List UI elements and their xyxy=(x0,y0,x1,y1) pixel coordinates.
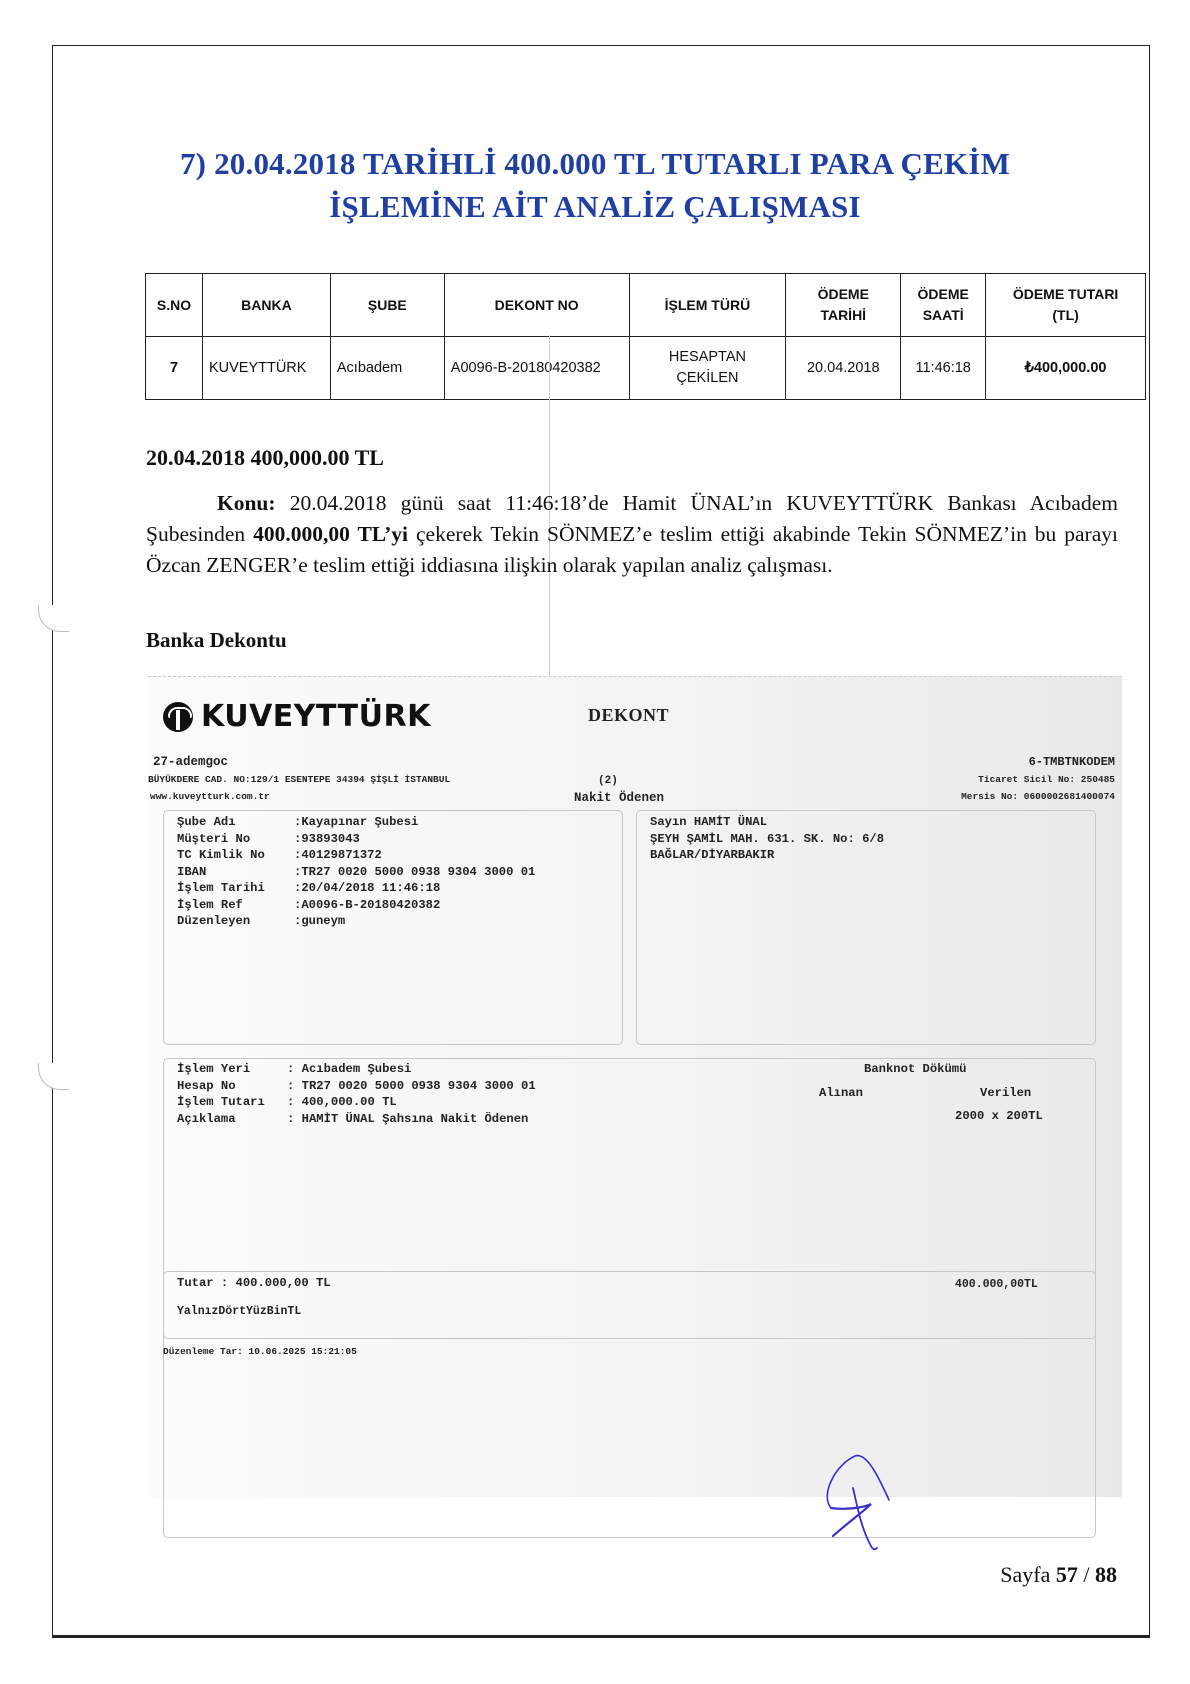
field-label: İşlem Tutarı xyxy=(177,1094,287,1111)
summary-table: S.NO BANKA ŞUBE DEKONT NO İŞLEM TÜRÜ ÖDE… xyxy=(145,273,1146,400)
field-value: : 400,000.00 TL xyxy=(287,1095,397,1109)
header-odeme-tarihi: ÖDEMETARİHİ xyxy=(786,274,901,337)
receipt-field: Hesap No: TR27 0020 5000 0938 9304 3000 … xyxy=(177,1078,536,1095)
receipt-doc-type: DEKONT xyxy=(588,705,669,726)
receipt-field: IBAN:TR27 0020 5000 0938 9304 3000 01 xyxy=(177,864,535,881)
page-total: 88 xyxy=(1095,1562,1117,1587)
header-sube: ŞUBE xyxy=(330,274,444,337)
field-label: Açıklama xyxy=(177,1111,287,1128)
field-label: İşlem Ref xyxy=(177,897,294,914)
header-line: SAATİ xyxy=(923,307,964,323)
field-value: :93893043 xyxy=(294,832,360,846)
table-row: 7 KUVEYTTÜRK Acıbadem A0096-B-2018042038… xyxy=(146,337,1146,400)
cell-sno: 7 xyxy=(146,337,203,400)
field-value: :20/04/2018 11:46:18 xyxy=(294,881,440,895)
terminal-code: 6-TMBTNKODEM xyxy=(1029,754,1115,771)
receipt-field: İşlem Tarihi:20/04/2018 11:46:18 xyxy=(177,880,535,897)
receipt-field: TC Kimlik No:40129871372 xyxy=(177,847,535,864)
cell-odeme-tarihi: 20.04.2018 xyxy=(786,337,901,400)
amount-in-words: YalnızDörtYüzBinTL xyxy=(177,1304,301,1321)
header-odeme-tutari: ÖDEME TUTARI(TL) xyxy=(986,274,1146,337)
recipient-line: Sayın HAMİT ÜNAL xyxy=(650,814,884,831)
field-value: :TR27 0020 5000 0938 9304 3000 01 xyxy=(294,865,535,879)
field-label: Şube Adı xyxy=(177,814,294,831)
punch-hole-mark xyxy=(38,1063,69,1090)
receipt-field: İşlem Tutarı: 400,000.00 TL xyxy=(177,1094,536,1111)
field-value: :guneym xyxy=(294,914,345,928)
cell-sube: Acıbadem xyxy=(330,337,444,400)
title-line-1: 7) 20.04.2018 TARİHLİ 400.000 TL TUTARLI… xyxy=(140,142,1050,185)
copy-number: (2) xyxy=(598,773,618,790)
page-title: 7) 20.04.2018 TARİHLİ 400.000 TL TUTARLI… xyxy=(140,142,1050,228)
page-current: 57 xyxy=(1056,1562,1078,1587)
receipt-field: Şube Adı:Kayapınar Şubesi xyxy=(177,814,535,831)
cell-banka: KUVEYTTÜRK xyxy=(202,337,330,400)
amount-line: Tutar : 400.000,00 TL xyxy=(177,1275,331,1292)
customer-info-box: Şube Adı:Kayapınar ŞubesiMüşteri No:9389… xyxy=(163,810,623,1045)
signature-icon xyxy=(815,1450,935,1565)
page-number: Sayfa 57 / 88 xyxy=(1000,1562,1117,1588)
cell-line: HESAPTAN xyxy=(669,349,746,365)
header-dekont-no: DEKONT NO xyxy=(444,274,629,337)
banknote-given-line: 2000 x 200TL xyxy=(955,1108,1043,1125)
issue-datetime: Düzenleme Tar: 10.06.2025 15:21:05 xyxy=(163,1343,357,1360)
table-header-row: S.NO BANKA ŞUBE DEKONT NO İŞLEM TÜRÜ ÖDE… xyxy=(146,274,1146,337)
bank-logo: KUVEYTTÜRK xyxy=(163,699,431,734)
trade-registry-no: Ticaret Sicil No: 250485 xyxy=(978,771,1115,788)
receipt-field: Açıklama: HAMİT ÜNAL Şahsına Nakit Ödene… xyxy=(177,1111,536,1128)
page-separator: / xyxy=(1083,1562,1089,1587)
field-label: Müşteri No xyxy=(177,831,294,848)
recipient-line: ŞEYH ŞAMİL MAH. 631. SK. No: 6/8 xyxy=(650,831,884,848)
field-value: : Acıbadem Şubesi xyxy=(287,1062,411,1076)
receipt-field: İşlem Yeri: Acıbadem Şubesi xyxy=(177,1061,536,1078)
field-value: :Kayapınar Şubesi xyxy=(294,815,418,829)
cell-odeme-saati: 11:46:18 xyxy=(901,337,986,400)
bank-receipt-image: KUVEYTTÜRK DEKONT 27-ademgoc BÜYÜKDERE C… xyxy=(148,676,1122,1497)
field-value: : HAMİT ÜNAL Şahsına Nakit Ödenen xyxy=(287,1112,528,1126)
receipt-field: Düzenleyen:guneym xyxy=(177,913,535,930)
cell-odeme-tutari: ₺400,000.00 xyxy=(986,337,1146,400)
bank-logo-text: KUVEYTTÜRK xyxy=(201,699,431,734)
header-sno: S.NO xyxy=(146,274,203,337)
header-line: ÖDEME xyxy=(818,286,869,302)
paragraph-amount: 400.000,00 TL’yi xyxy=(253,522,408,546)
customer-fields: Şube Adı:Kayapınar ŞubesiMüşteri No:9389… xyxy=(177,814,535,930)
bank-website: www.kuveytturk.com.tr xyxy=(150,788,270,805)
receipt-heading: Banka Dekontu xyxy=(146,628,287,653)
mersis-no: Mersis No: 0600002681400074 xyxy=(961,788,1115,805)
field-value: : TR27 0020 5000 0938 9304 3000 01 xyxy=(287,1079,536,1093)
field-value: :40129871372 xyxy=(294,848,382,862)
header-line: TARİHİ xyxy=(820,307,866,323)
transaction-fields: İşlem Yeri: Acıbadem ŞubesiHesap No: TR2… xyxy=(177,1061,536,1127)
field-label: IBAN xyxy=(177,864,294,881)
cell-line: ÇEKİLEN xyxy=(676,370,738,386)
recipient-address: Sayın HAMİT ÜNALŞEYH ŞAMİL MAH. 631. SK.… xyxy=(650,814,884,864)
receipt-field: Müşteri No:93893043 xyxy=(177,831,535,848)
field-label: Hesap No xyxy=(177,1078,287,1095)
palm-tree-logo-icon xyxy=(163,702,193,732)
header-line: (TL) xyxy=(1052,307,1078,323)
field-label: TC Kimlik No xyxy=(177,847,294,864)
transaction-type: Nakit Ödenen xyxy=(574,790,664,807)
recipient-box: Sayın HAMİT ÜNALŞEYH ŞAMİL MAH. 631. SK.… xyxy=(636,810,1096,1045)
cell-islem-turu: HESAPTANÇEKİLEN xyxy=(629,337,786,400)
section-subheading: 20.04.2018 400,000.00 TL xyxy=(146,445,384,471)
amount-box: Tutar : 400.000,00 TL YalnızDörtYüzBinTL xyxy=(163,1271,1096,1339)
banknote-given-label: Verilen xyxy=(980,1085,1031,1102)
field-label: İşlem Yeri xyxy=(177,1061,287,1078)
header-islem-turu: İŞLEM TÜRÜ xyxy=(629,274,786,337)
field-label: İşlem Tarihi xyxy=(177,880,294,897)
bank-address: BÜYÜKDERE CAD. NO:129/1 ESENTEPE 34394 Ş… xyxy=(148,771,450,788)
konu-label: Konu: xyxy=(217,491,276,515)
title-line-2: İŞLEMİNE AİT ANALİZ ÇALIŞMASI xyxy=(140,185,1050,228)
recipient-line: BAĞLAR/DİYARBAKIR xyxy=(650,847,884,864)
user-code: 27-ademgoc xyxy=(153,754,228,771)
header-line: ÖDEME TUTARI xyxy=(1013,286,1119,302)
punch-hole-mark xyxy=(38,605,69,632)
header-line: ÖDEME xyxy=(918,286,969,302)
cell-dekont-no: A0096-B-20180420382 xyxy=(444,337,629,400)
header-banka: BANKA xyxy=(202,274,330,337)
banknote-received-label: Alınan xyxy=(819,1085,863,1102)
field-value: :A0096-B-20180420382 xyxy=(294,898,440,912)
subject-paragraph: Konu: 20.04.2018 günü saat 11:46:18’de H… xyxy=(146,488,1118,581)
field-label: Düzenleyen xyxy=(177,913,294,930)
banknote-title: Banknot Dökümü xyxy=(864,1061,966,1078)
page-label: Sayfa xyxy=(1000,1562,1050,1587)
receipt-field: İşlem Ref:A0096-B-20180420382 xyxy=(177,897,535,914)
header-odeme-saati: ÖDEMESAATİ xyxy=(901,274,986,337)
